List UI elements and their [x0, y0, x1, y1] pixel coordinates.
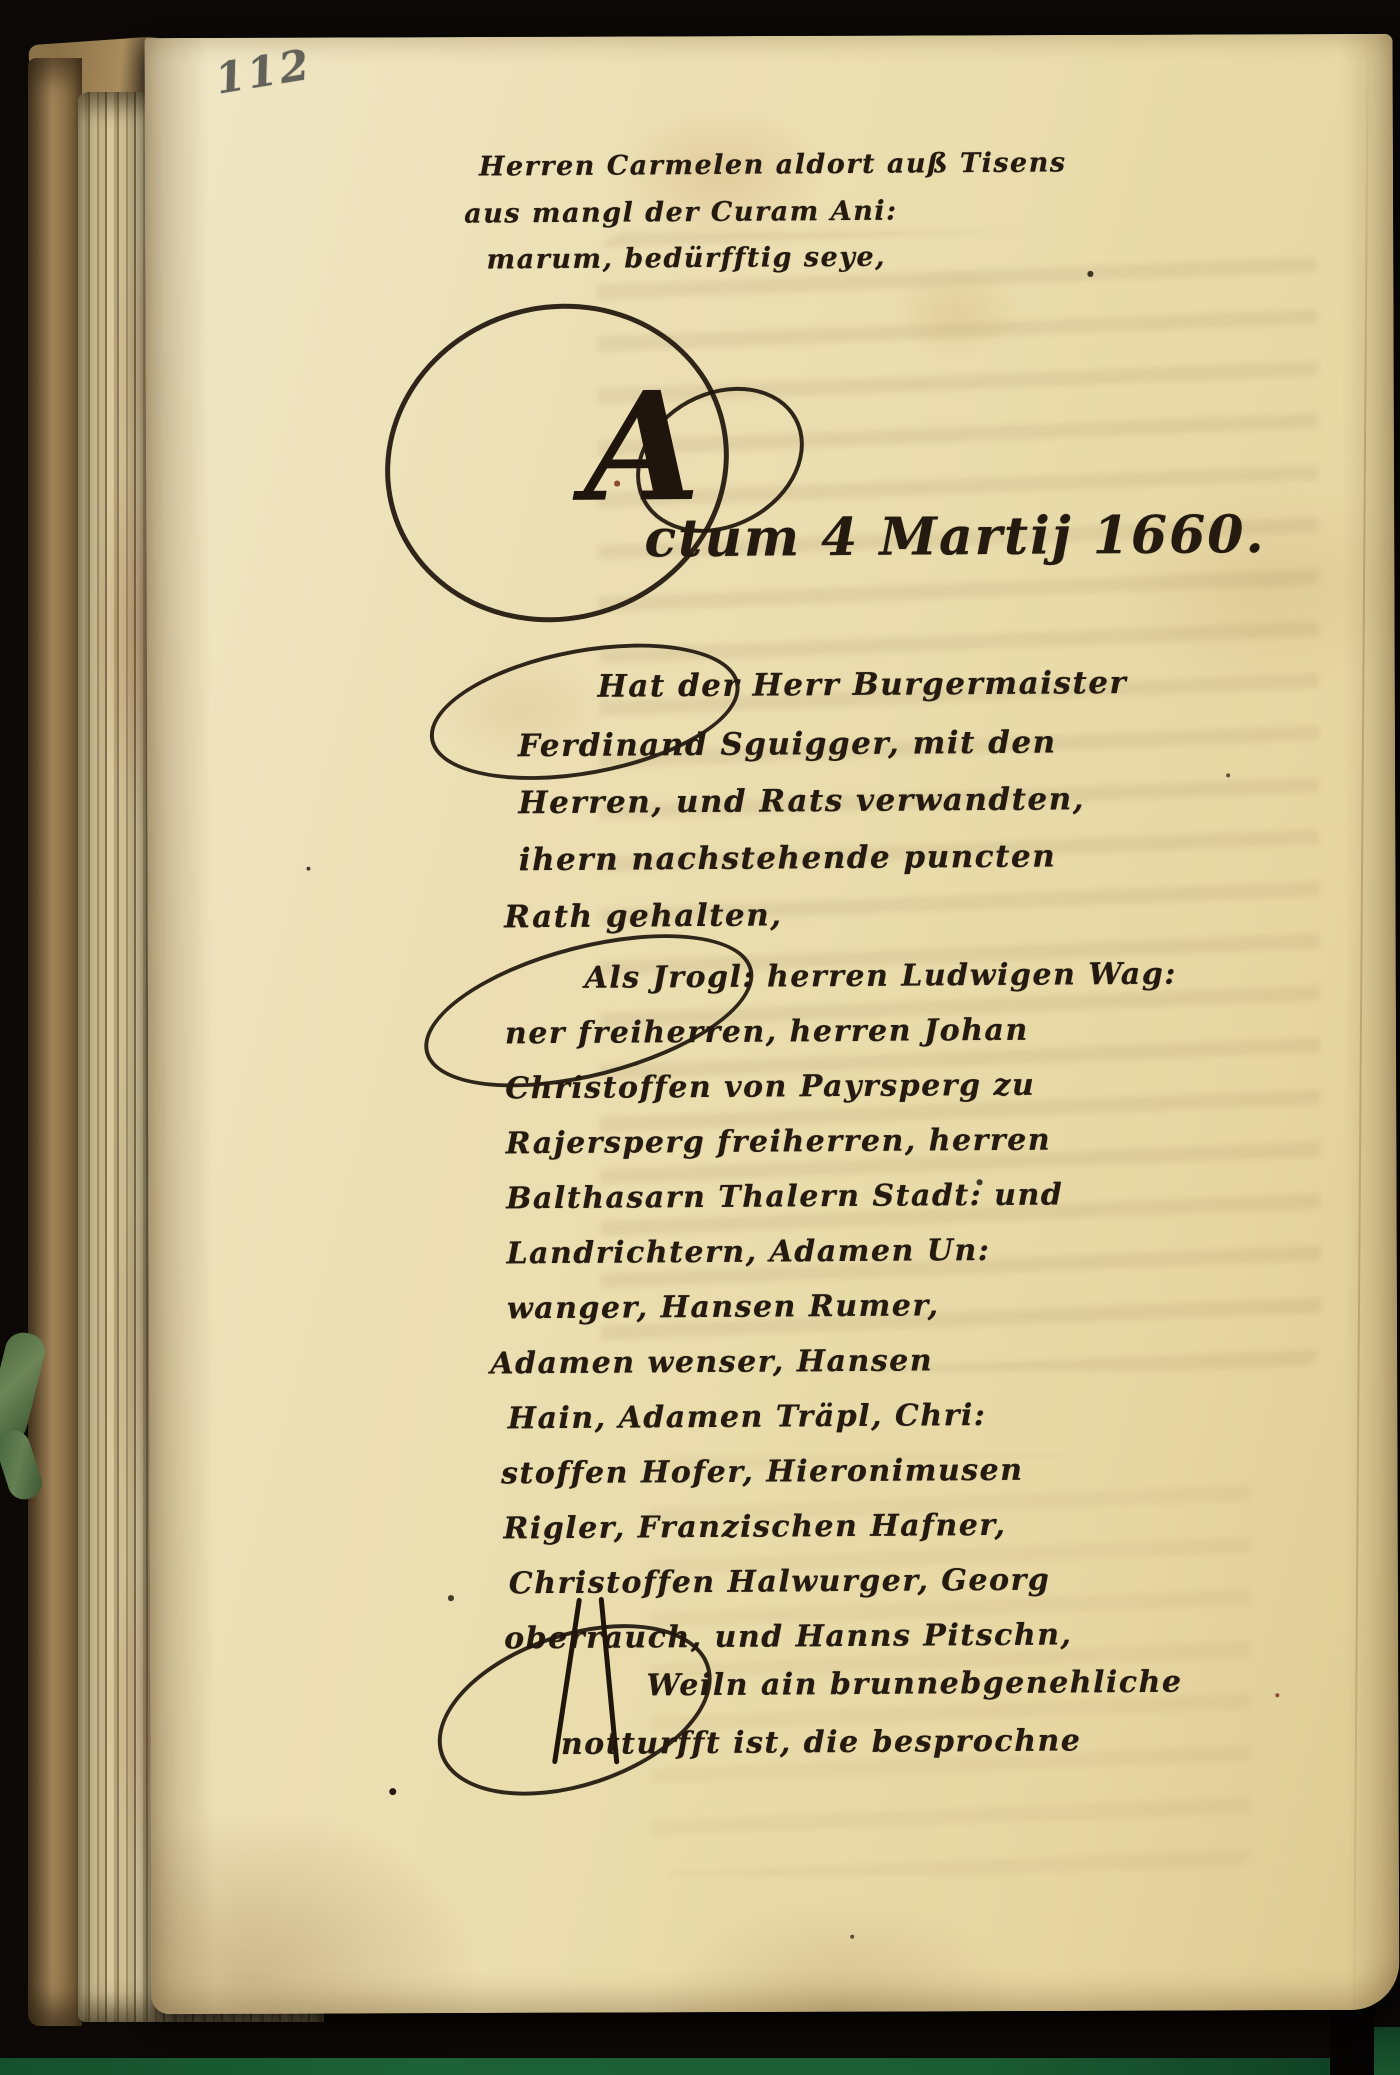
- opening-line: Ferdinand Sguigger, mit den: [518, 725, 1057, 765]
- attendance-line: Adamen wenser, Hansen: [490, 1343, 933, 1381]
- heading-initial: A: [583, 372, 700, 523]
- attendance-line: Christoffen Halwurger, Georg: [509, 1563, 1051, 1602]
- ink-dot: [389, 1788, 396, 1795]
- opening-line: Rath gehalten,: [504, 897, 783, 935]
- opening-line: ihern nachstehende puncten: [519, 839, 1057, 879]
- initial-flourish: [419, 621, 751, 802]
- closing-line: Weiln ain brunnebgenehliche: [646, 1665, 1182, 1704]
- attendance-line: Balthasarn Thalern Stadt: und: [506, 1177, 1063, 1216]
- marginal-note-line: aus mangl der Curam Ani:: [464, 196, 897, 230]
- attendance-line: wanger, Hansen Rumer,: [507, 1288, 940, 1326]
- attendance-line: stoffen Hofer, Hieronimusen: [501, 1453, 1024, 1492]
- attendance-line: Rigler, Franzischen Hafner,: [503, 1508, 1006, 1547]
- attendance-line: ner freiherren, herren Johan: [505, 1013, 1029, 1052]
- attendance-line: Hain, Adamen Träpl, Chri:: [508, 1398, 987, 1436]
- folio-number-pencil: 112: [212, 39, 315, 103]
- opening-line: Herren, und Rats verwandten,: [518, 781, 1085, 821]
- attendance-line: Als Jrogl: herren Ludwigen Wag:: [584, 957, 1176, 996]
- attendance-line: Rajersperg freiherren, herren: [506, 1123, 1052, 1162]
- handwriting-layer: 112 Herren Carmelen aldort auß Tisens au…: [0, 0, 1400, 2075]
- opening-line: Hat der Herr Burgermaister: [597, 665, 1127, 705]
- attendance-line: Landrichtern, Adamen Un:: [506, 1233, 990, 1271]
- heading-date-line: ctum 4 Martij 1660.: [644, 504, 1265, 569]
- closing-line: notturfft ist, die besprochne: [561, 1723, 1082, 1762]
- marginal-note-line: marum, bedürfftig seye,: [486, 242, 886, 276]
- attendance-line: Christoffen von Payrsperg zu: [505, 1068, 1035, 1107]
- manuscript-photo: 112 Herren Carmelen aldort auß Tisens au…: [0, 0, 1400, 2075]
- marginal-note-line: Herren Carmelen aldort auß Tisens: [479, 147, 1067, 182]
